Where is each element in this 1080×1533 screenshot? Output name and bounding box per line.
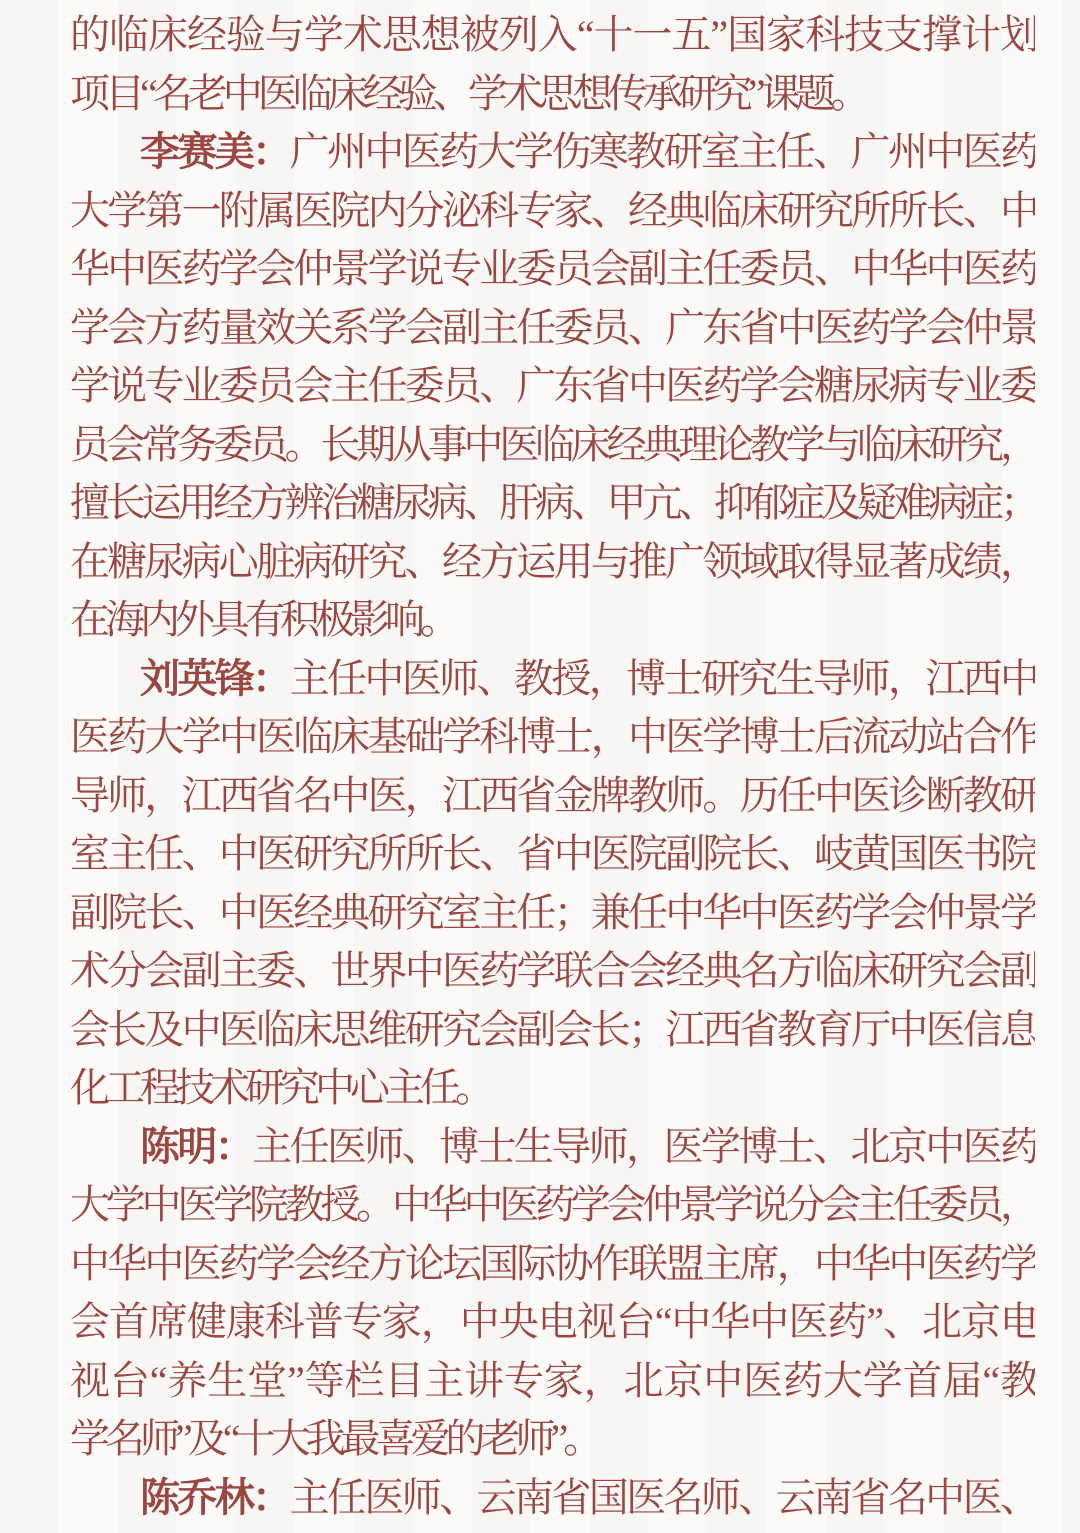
text-line: 导师，江西省名中医，江西省金牌教师。历任中医诊断教研 — [70, 767, 1035, 826]
line-text: 学名师”及“十大我最喜爱的老师”。 — [70, 1416, 598, 1461]
line-text: 擅长运用经方辨治糖尿病、肝病、甲亢、抑郁症及疑难病症； — [70, 480, 1035, 525]
text-line: 擅长运用经方辨治糖尿病、肝病、甲亢、抑郁症及疑难病症； — [70, 474, 1035, 533]
line-text: 学会方药量效关系学会副主任委员、广东省中医药学会仲景 — [70, 305, 1035, 350]
line-text: 化工程技术研究中心主任。 — [70, 1065, 490, 1110]
text-line: 在海内外具有积极影响。 — [70, 591, 1035, 650]
text-line: 医药大学中医临床基础学科博士，中医学博士后流动站合作 — [70, 708, 1035, 767]
line-text: 医药大学中医临床基础学科博士，中医学博士后流动站合作 — [70, 714, 1035, 759]
text-line: 化工程技术研究中心主任。 — [70, 1059, 1035, 1118]
expert-name: 刘英锋： — [140, 656, 290, 701]
line-text: 会长及中医临床思维研究会副会长；江西省教育厅中医信息 — [70, 1007, 1035, 1052]
text-line: 室主任、中医研究所所长、省中医院副院长、岐黄国医书院 — [70, 825, 1035, 884]
text-line: 学说专业委员会主任委员、广东省中医药学会糖尿病专业委 — [70, 357, 1035, 416]
text-line: 华中医药学会仲景学说专业委员会副主任委员、中华中医药 — [70, 240, 1035, 299]
text-line: 陈乔林：主任医师、云南省国医名师、云南省名中医、 — [70, 1469, 1035, 1528]
text-line: 大学中医学院教授。中华中医药学会仲景学说分会主任委员， — [70, 1176, 1035, 1235]
expert-name: 陈明： — [140, 1124, 252, 1169]
text-line: 术分会副主委、世界中医药学联合会经典名方临床研究会副 — [70, 942, 1035, 1001]
text-line: 大学第一附属医院内分泌科专家、经典临床研究所所长、中 — [70, 182, 1035, 241]
line-text: 视台“养生堂”等栏目主讲专家，北京中医药大学首届“教 — [70, 1358, 1035, 1403]
line-text: 学说专业委员会主任委员、广东省中医药学会糖尿病专业委 — [70, 363, 1035, 408]
line-text: 导师，江西省名中医，江西省金牌教师。历任中医诊断教研 — [70, 773, 1035, 818]
line-text: 主任医师、博士生导师，医学博士、北京中医药 — [252, 1124, 1035, 1169]
line-text: 项目“名老中医临床经验、学术思想传承研究”课题。 — [70, 71, 866, 116]
line-text: 术分会副主委、世界中医药学联合会经典名方临床研究会副 — [70, 948, 1035, 993]
line-text: 员会常务委员。长期从事中医临床经典理论教学与临床研究， — [70, 422, 1035, 467]
line-text: 会首席健康科普专家，中央电视台“中华中医药”、北京电 — [70, 1299, 1035, 1344]
text-line: 会长及中医临床思维研究会副会长；江西省教育厅中医信息 — [70, 1001, 1035, 1060]
text-line: 员会常务委员。长期从事中医临床经典理论教学与临床研究， — [70, 416, 1035, 475]
line-text: 中华中医药学会经方论坛国际协作联盟主席，中华中医药学 — [70, 1241, 1035, 1286]
line-text: 的临床经验与学术思想被列入“十一五”国家科技支撑计划 — [70, 12, 1035, 57]
line-text: 在糖尿病心脏病研究、经方运用与推广领域取得显著成绩， — [70, 539, 1035, 584]
text-line: 会首席健康科普专家，中央电视台“中华中医药”、北京电 — [70, 1293, 1035, 1352]
expert-name: 陈乔林： — [140, 1475, 290, 1520]
text-line: 视台“养生堂”等栏目主讲专家，北京中医药大学首届“教 — [70, 1352, 1035, 1411]
line-text: 大学中医学院教授。中华中医药学会仲景学说分会主任委员， — [70, 1182, 1035, 1227]
line-text: 华中医药学会仲景学说专业委员会副主任委员、中华中医药 — [70, 246, 1035, 291]
line-text: 主任医师、云南省国医名师、云南省名中医、 — [290, 1475, 1035, 1520]
line-text: 主任中医师、教授，博士研究生导师，江西中 — [290, 656, 1035, 701]
document-page: 的临床经验与学术思想被列入“十一五”国家科技支撑计划 项目“名老中医临床经验、学… — [0, 0, 1080, 1533]
text-line: 学会方药量效关系学会副主任委员、广东省中医药学会仲景 — [70, 299, 1035, 358]
expert-name: 李赛美： — [140, 129, 290, 174]
text-line: 陈明：主任医师、博士生导师，医学博士、北京中医药 — [70, 1118, 1035, 1177]
text-line: 中华中医药学会经方论坛国际协作联盟主席，中华中医药学 — [70, 1235, 1035, 1294]
text-line: 学名师”及“十大我最喜爱的老师”。 — [70, 1410, 1035, 1469]
text-line: 刘英锋：主任中医师、教授，博士研究生导师，江西中 — [70, 650, 1035, 709]
line-text: 室主任、中医研究所所长、省中医院副院长、岐黄国医书院 — [70, 831, 1035, 876]
line-text: 在海内外具有积极影响。 — [70, 597, 455, 642]
text-line: 副院长、中医经典研究室主任；兼任中华中医药学会仲景学 — [70, 884, 1035, 943]
text-line: 在糖尿病心脏病研究、经方运用与推广领域取得显著成绩， — [70, 533, 1035, 592]
line-text: 广州中医药大学伤寒教研室主任、广州中医药 — [290, 129, 1035, 174]
text-line: 的临床经验与学术思想被列入“十一五”国家科技支撑计划 — [70, 6, 1035, 65]
line-text: 大学第一附属医院内分泌科专家、经典临床研究所所长、中 — [70, 188, 1035, 233]
text-line: 项目“名老中医临床经验、学术思想传承研究”课题。 — [70, 65, 1035, 124]
line-text: 副院长、中医经典研究室主任；兼任中华中医药学会仲景学 — [70, 890, 1035, 935]
text-line: 李赛美：广州中医药大学伤寒教研室主任、广州中医药 — [70, 123, 1035, 182]
